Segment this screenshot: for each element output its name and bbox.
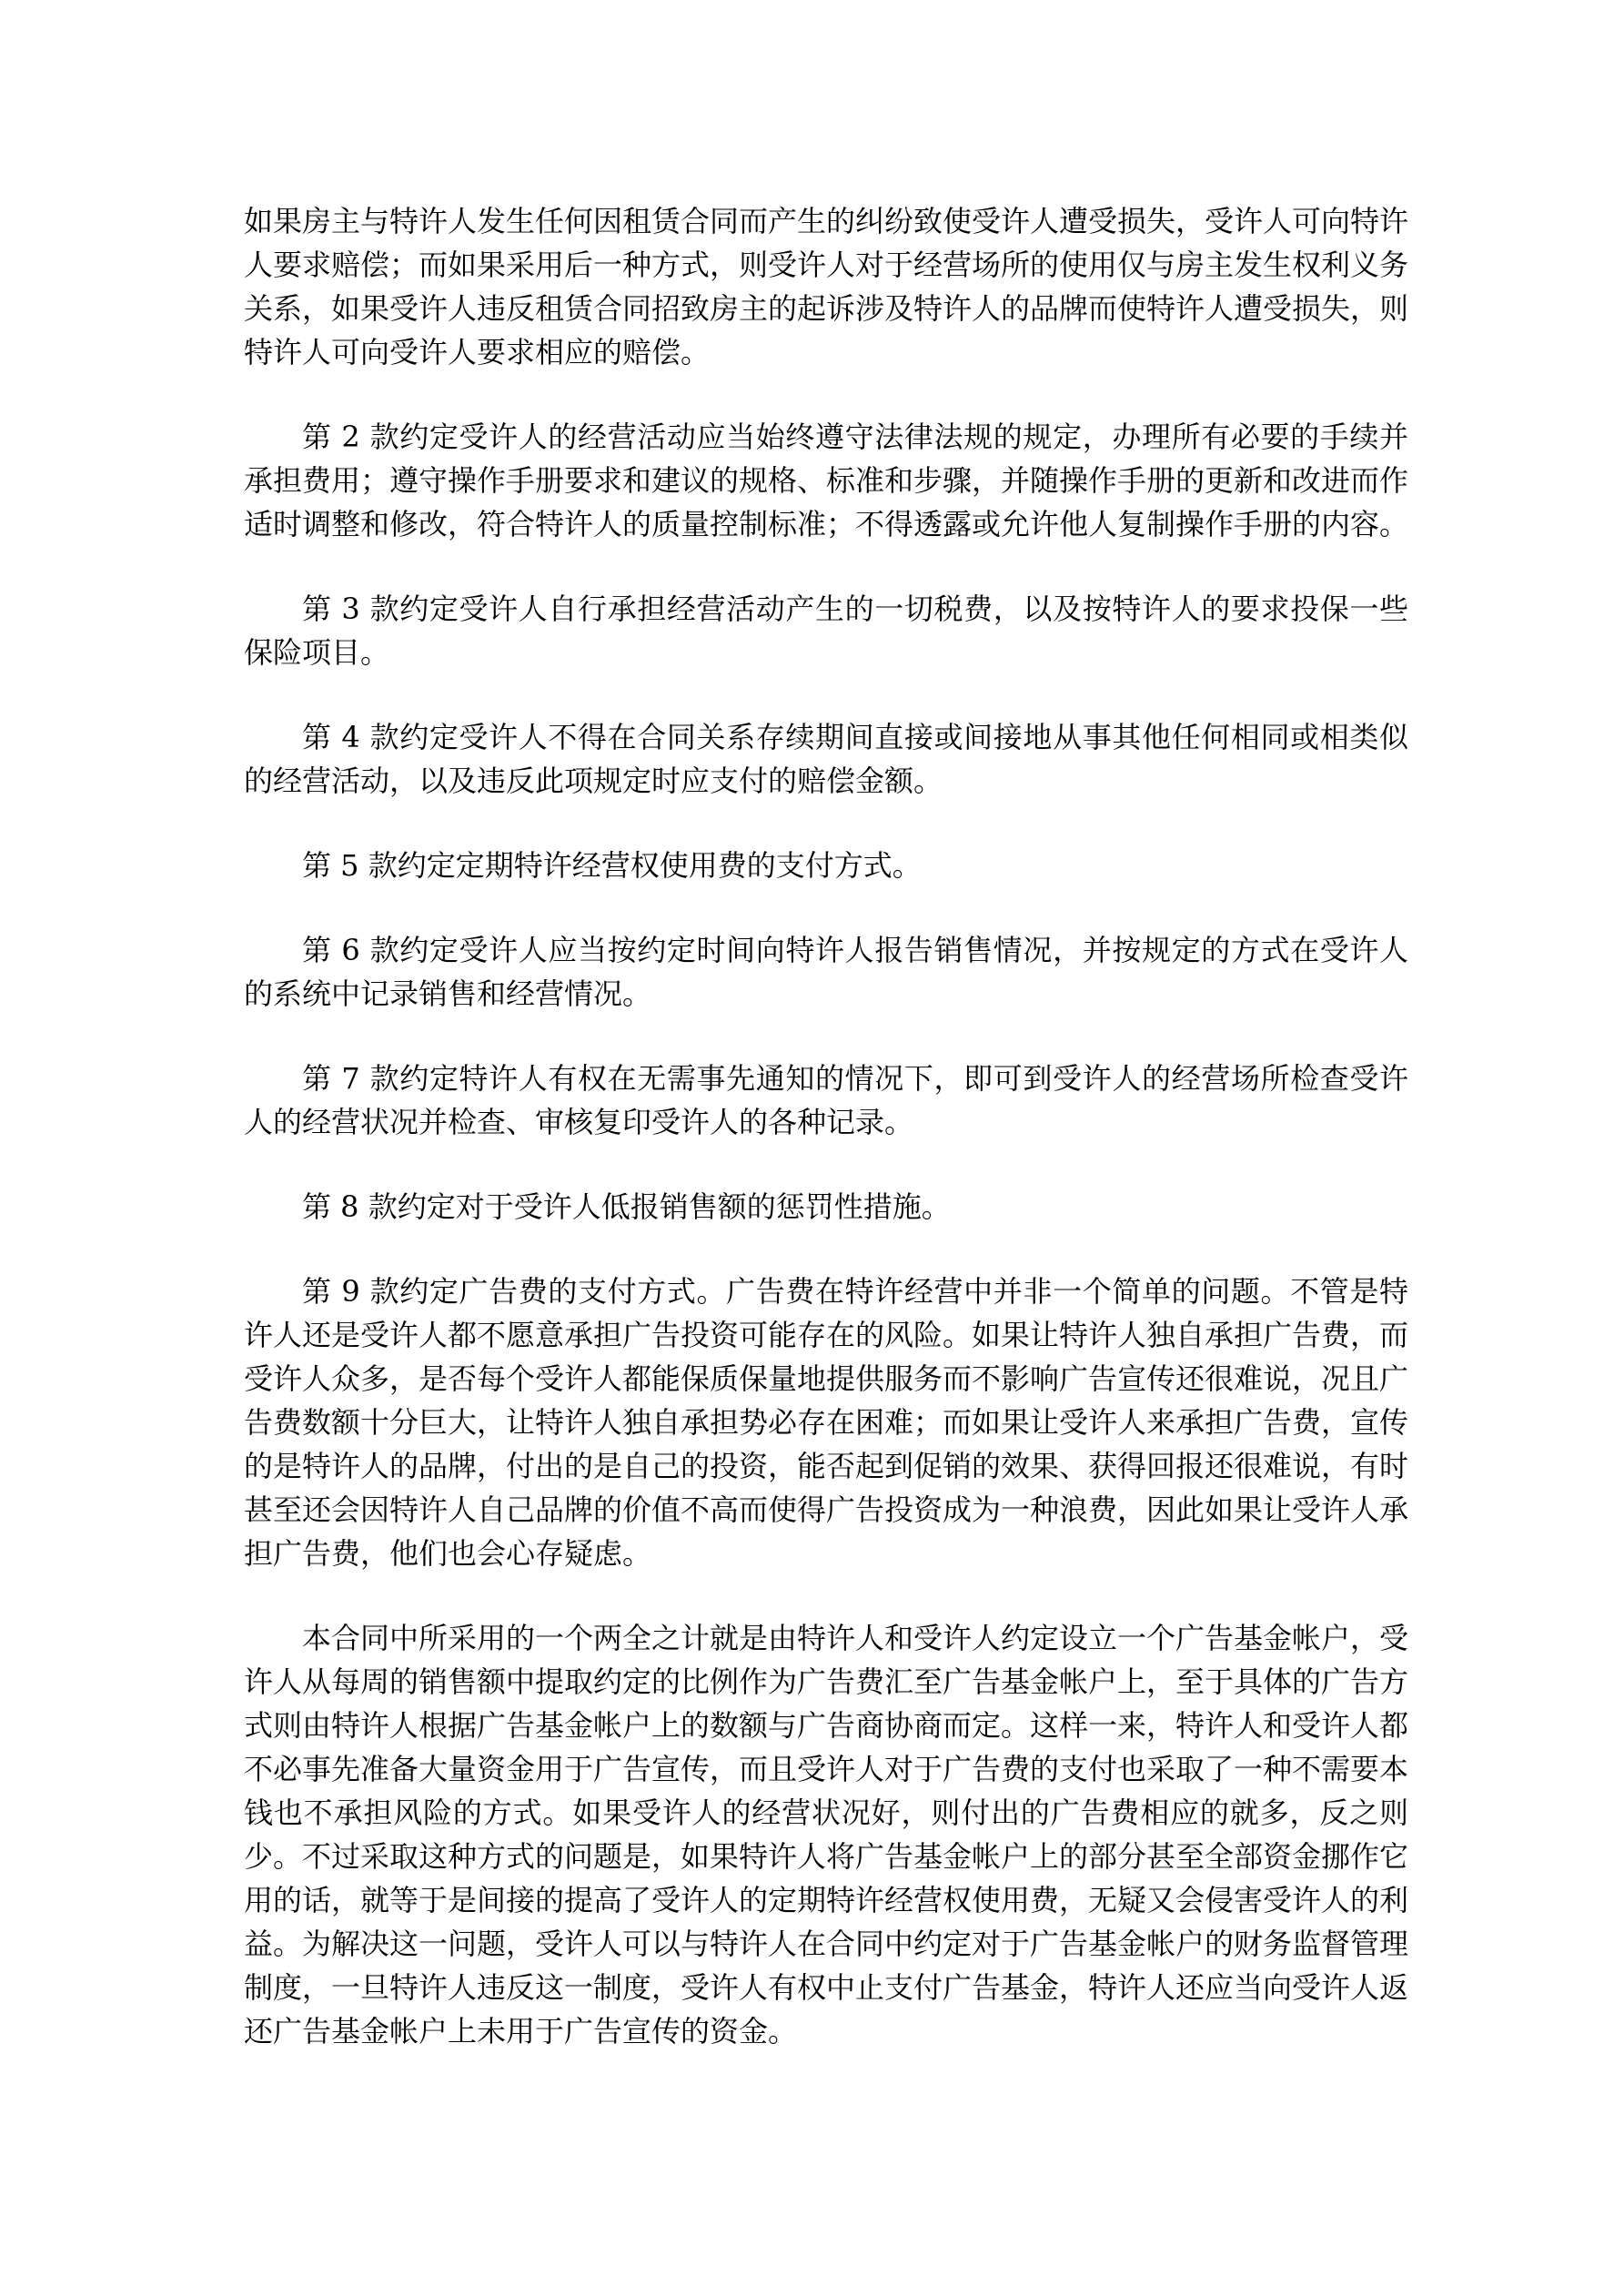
paragraph-clause-6: 第 6 款约定受许人应当按约定时间向特许人报告销售情况，并按规定的方式在受许人的… (244, 928, 1408, 1016)
paragraph-clause-9-advertising: 第 9 款约定广告费的支付方式。广告费在特许经营中并非一个简单的问题。不管是特许… (244, 1269, 1408, 1575)
paragraph-clause-7: 第 7 款约定特许人有权在无需事先通知的情况下，即可到受许人的经营场所检查受许人… (244, 1057, 1408, 1144)
document-page: 如果房主与特许人发生任何因租赁合同而产生的纠纷致使受许人遭受损失，受许人可向特许… (0, 0, 1624, 2296)
paragraph-clause-8: 第 8 款约定对于受许人低报销售额的惩罚性措施。 (244, 1185, 1408, 1229)
paragraph-ad-fund-account: 本合同中所采用的一个两全之计就是由特许人和受许人约定设立一个广告基金帐户，受许人… (244, 1616, 1408, 2053)
document-body: 如果房主与特许人发生任何因租赁合同而产生的纠纷致使受许人遭受损失，受许人可向特许… (244, 199, 1408, 2053)
paragraph-clause-4: 第 4 款约定受许人不得在合同关系存续期间直接或间接地从事其他任何相同或相类似的… (244, 715, 1408, 803)
paragraph-lease-dispute-continuation: 如果房主与特许人发生任何因租赁合同而产生的纠纷致使受许人遭受损失，受许人可向特许… (244, 199, 1408, 374)
paragraph-clause-5: 第 5 款约定定期特许经营权使用费的支付方式。 (244, 844, 1408, 887)
paragraph-clause-3: 第 3 款约定受许人自行承担经营活动产生的一切税费，以及按特许人的要求投保一些保… (244, 587, 1408, 674)
paragraph-clause-2: 第 2 款约定受许人的经营活动应当始终遵守法律法规的规定，办理所有必要的手续并承… (244, 415, 1408, 546)
